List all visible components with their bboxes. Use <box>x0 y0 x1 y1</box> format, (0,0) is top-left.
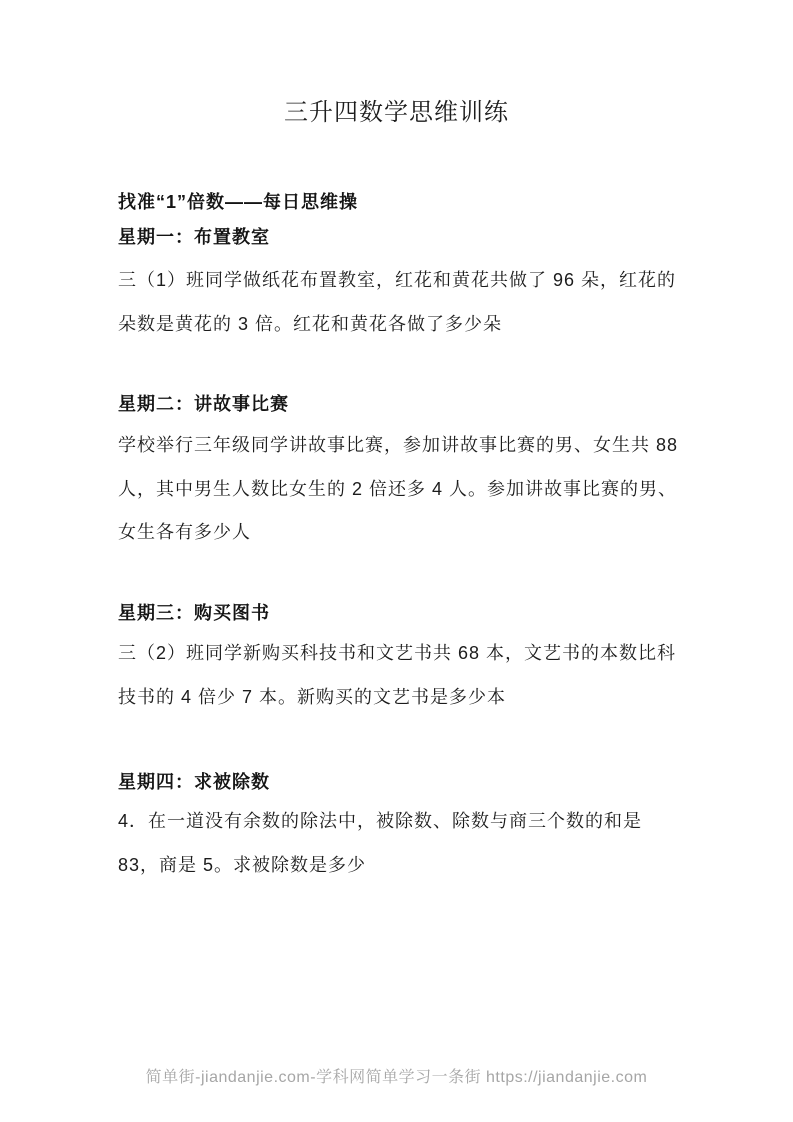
section-body-thursday: 4．在一道没有余数的除法中，被除数、除数与商三个数的和是 83，商是 5。求被除… <box>118 800 718 887</box>
section-body-monday: 三（1）班同学做纸花布置教室，红花和黄花共做了 96 朵，红花的 朵数是黄花的 … <box>118 259 718 346</box>
watermark-footer: 简单街-jiandanjie.com-学科网简单学习一条街 https://ji… <box>0 1066 793 1090</box>
section-heading-monday: 星期一：布置教室 <box>118 224 270 250</box>
section-body-tuesday: 学校举行三年级同学讲故事比赛，参加讲故事比赛的男、女生共 88 人，其中男生人数… <box>118 424 718 555</box>
document-title: 三升四数学思维训练 <box>0 96 793 130</box>
worksheet-page: 三升四数学思维训练 找准“1”倍数——每日思维操 星期一：布置教室 三（1）班同… <box>0 0 793 1122</box>
main-heading: 找准“1”倍数——每日思维操 <box>118 189 358 215</box>
section-heading-tuesday: 星期二：讲故事比赛 <box>118 391 289 417</box>
section-body-wednesday: 三（2）班同学新购买科技书和文艺书共 68 本，文艺书的本数比科 技书的 4 倍… <box>118 632 718 719</box>
section-heading-wednesday: 星期三：购买图书 <box>118 600 270 626</box>
section-heading-thursday: 星期四：求被除数 <box>118 769 270 795</box>
